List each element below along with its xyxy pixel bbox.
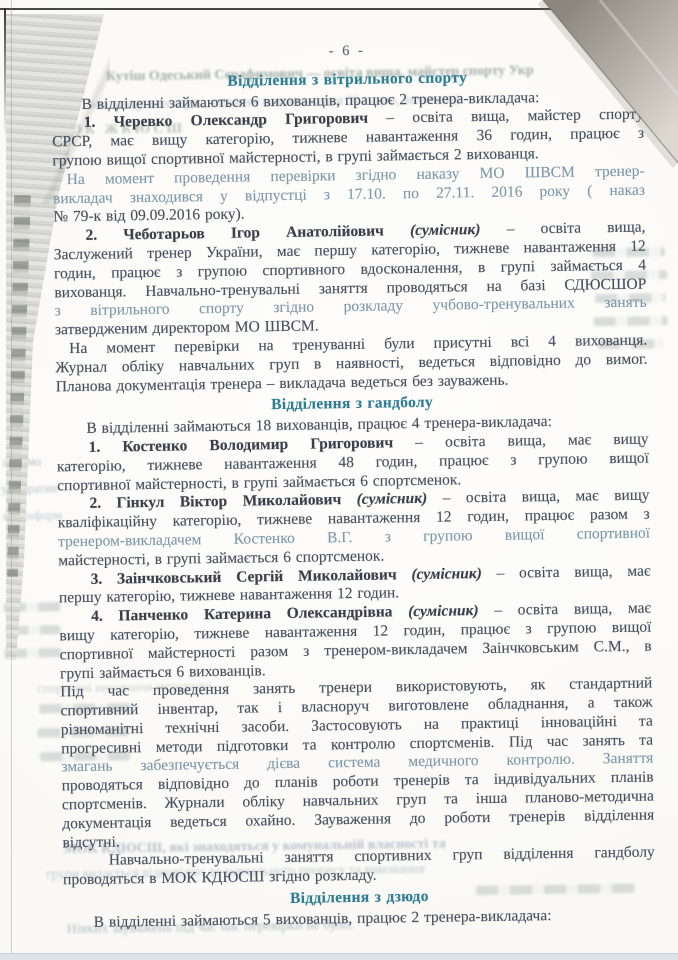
paragraph: 2. Гінкул Віктор Миколайович (сумісник) … <box>57 487 650 571</box>
text-segment: – освіта вища, <box>480 219 645 238</box>
paragraph: Під час проведення занять тренери викори… <box>60 675 654 853</box>
text-segment: 4. Панченко Катерина Олександрівна <box>91 603 408 625</box>
document-text-column: - 6 -Відділення з вітрильного спортуВ ві… <box>51 38 656 933</box>
text-segment: – освіта вища, має <box>482 562 651 582</box>
text-segment: 3. Заінчковський Сергій Миколайович <box>90 566 411 588</box>
paragraph: 2. Чеботарьов Ігор Анатолійович (сумісни… <box>53 219 647 341</box>
paragraph: 4. Панченко Катерина Олександрівна (сумі… <box>59 600 652 684</box>
text-segment: – освіта вища, має вищу <box>393 431 649 452</box>
text-segment: – освіта вища, має вищу <box>427 487 650 507</box>
text-segment: – освіта вища, має <box>478 600 651 620</box>
text-segment: (сумісник) <box>408 602 479 620</box>
text-segment: відсутні. <box>62 833 119 851</box>
paragraph: На момент проведення перевірки згідно на… <box>53 162 646 227</box>
text-segment: групі займається 6 вихованців. <box>60 662 266 682</box>
paragraph: 1. Костенко Володимир Григорович – освіт… <box>57 431 650 496</box>
text-segment: 2. Гінкул Віктор Миколайович <box>89 491 356 512</box>
paragraph: На момент перевірки на тренуванні були п… <box>55 332 648 397</box>
paragraph: 1. Черевко Олександр Григорович – освіта… <box>52 106 645 171</box>
scan-border-top <box>0 8 553 10</box>
text-segment: (сумісник) <box>411 565 482 583</box>
text-segment: 1. Костенко Володимир Григорович <box>89 434 394 456</box>
text-segment: (сумісник) <box>410 221 481 239</box>
paragraph: Навчально-тренувальні заняття спортивних… <box>63 844 655 890</box>
text-segment: № 79-к від 09.09.2016 року). <box>53 206 245 226</box>
text-segment: проводяться в МОК КДЮСШ згідно розкладу. <box>63 867 377 889</box>
scan-border-left <box>4 8 6 140</box>
text-segment: затвердженим директором МО ШВСМ. <box>55 318 319 339</box>
scanner-line <box>11 0 12 960</box>
text-segment: 1. Черевко Олександр Григорович <box>84 110 368 131</box>
text-segment: (сумісник) <box>357 490 428 508</box>
scan-bottom-band <box>0 953 678 960</box>
text-segment: – освіта вища, майстер спорту <box>368 106 644 127</box>
